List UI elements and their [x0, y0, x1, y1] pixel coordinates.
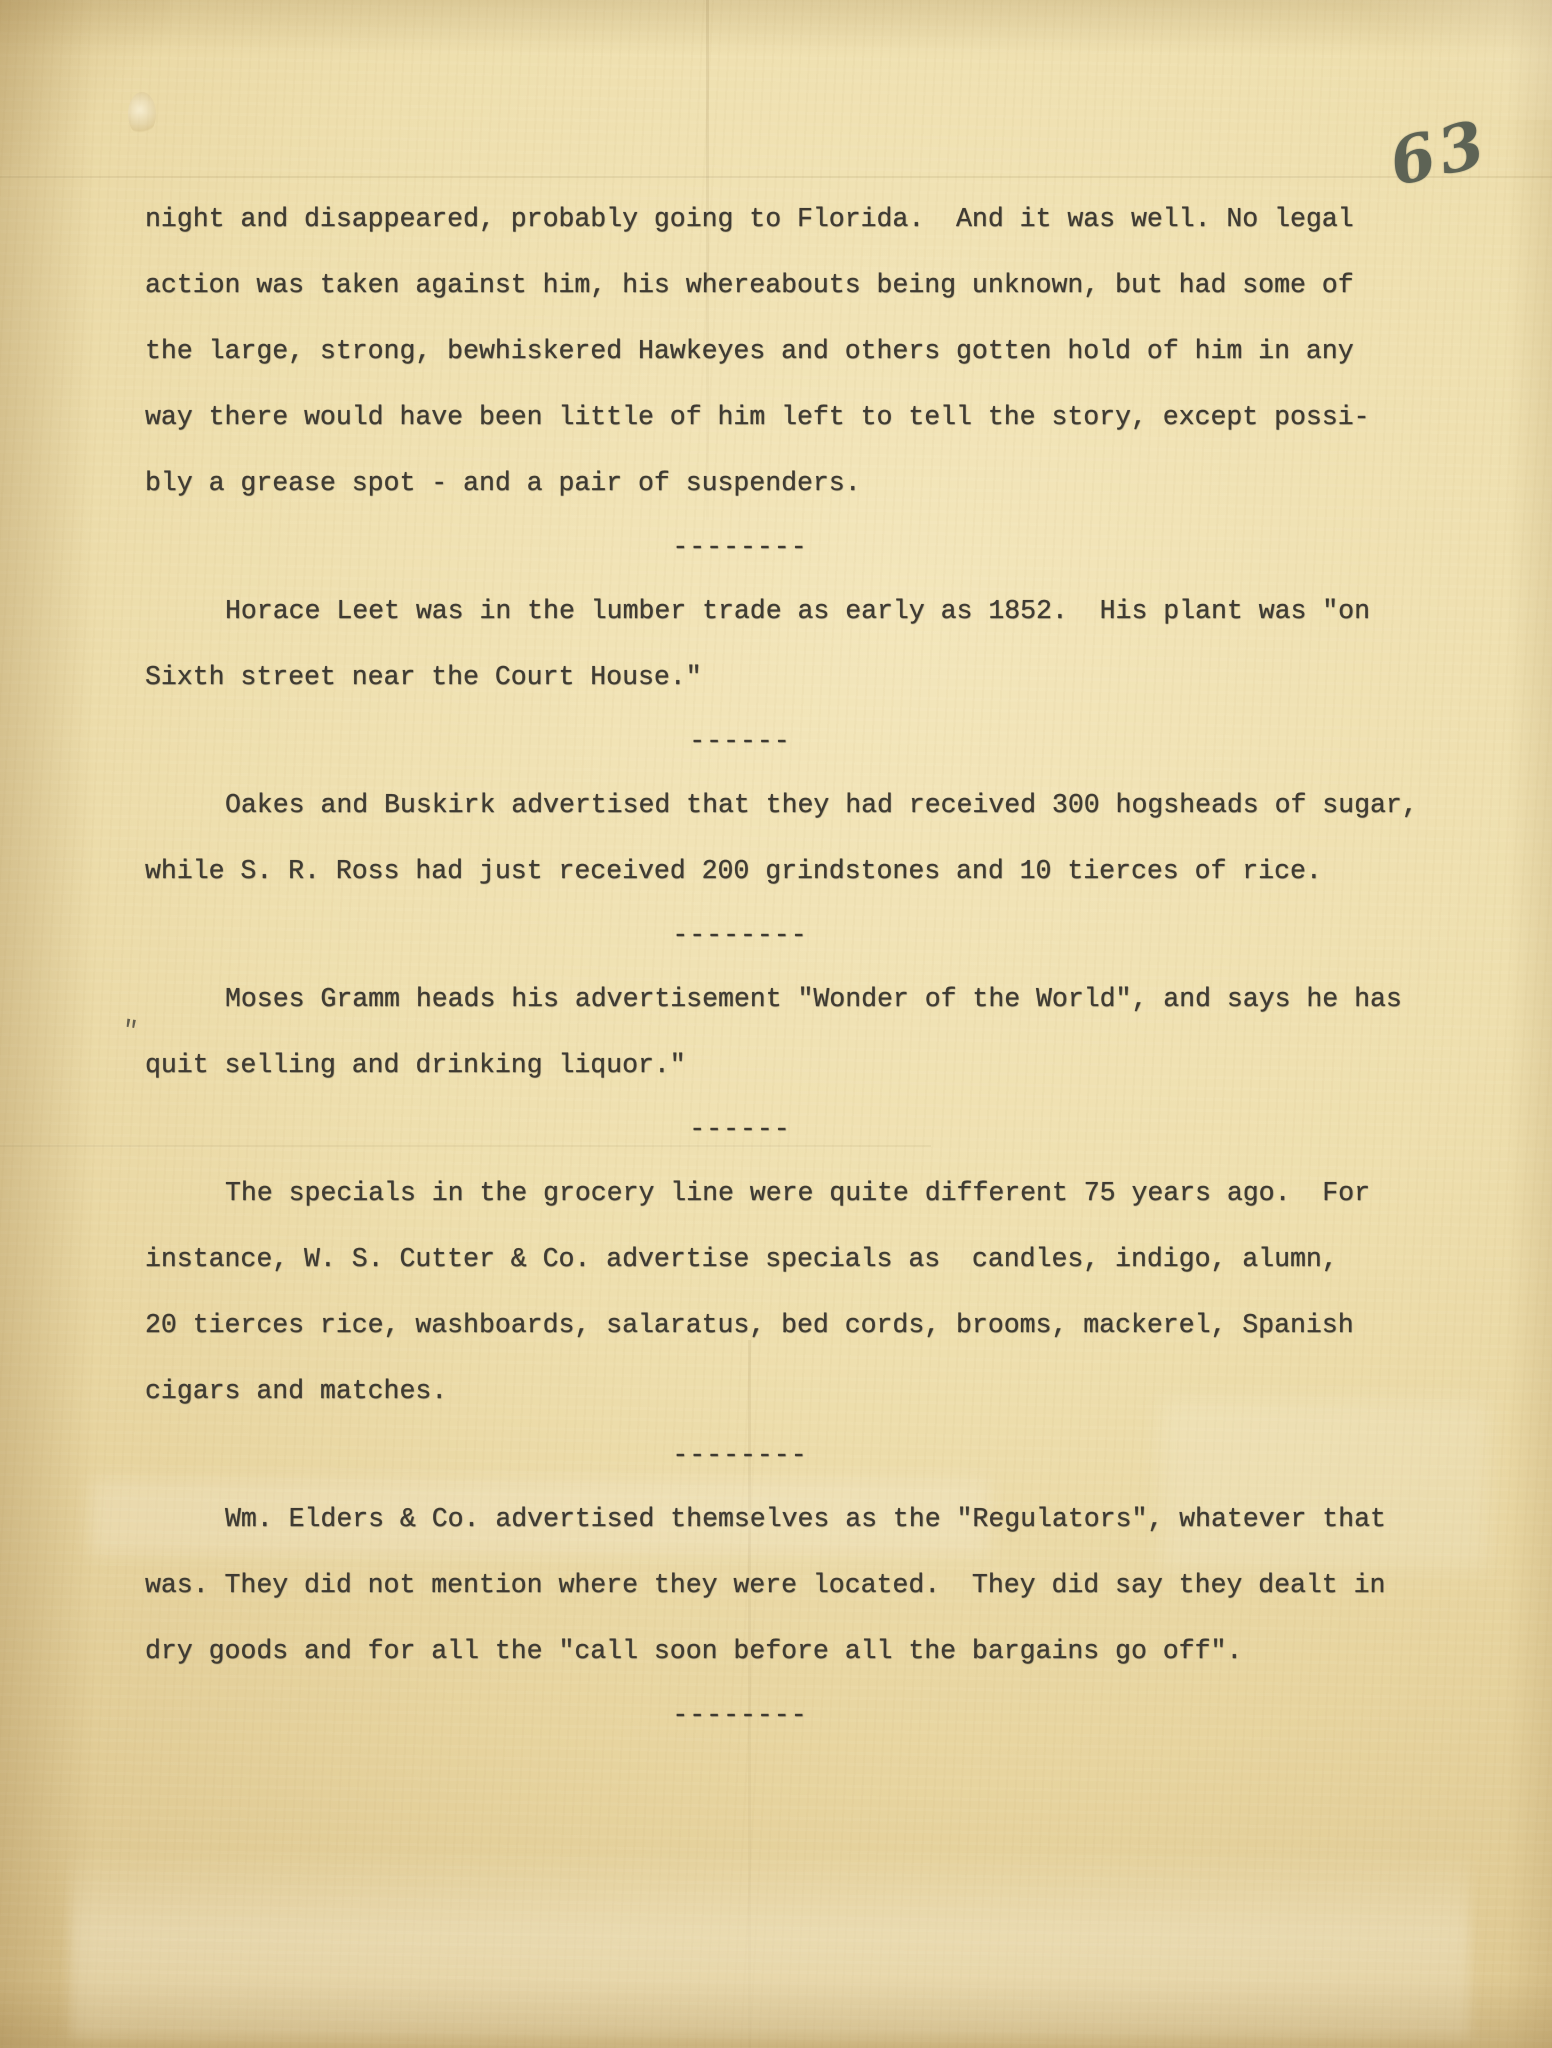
text-line: Sixth street near the Court House." — [145, 644, 1335, 710]
section-divider: -------- — [145, 1684, 1335, 1746]
text-line: Oakes and Buskirk advertised that they h… — [145, 772, 1335, 838]
text-line: bly a grease spot - and a pair of suspen… — [145, 450, 1335, 516]
text-line: night and disappeared, probably going to… — [145, 186, 1335, 252]
text-line: was. They did not mention where they wer… — [145, 1552, 1335, 1618]
text-line: The specials in the grocery line were qu… — [145, 1160, 1335, 1226]
section-divider: ------ — [145, 1098, 1335, 1160]
text-line: Moses Gramm heads his advertisement "Won… — [145, 966, 1335, 1032]
paper-dent-blemish — [128, 92, 156, 136]
text-line: while S. R. Ross had just received 200 g… — [145, 838, 1335, 904]
paper-shade-top — [0, 0, 1552, 55]
page-number-handwritten: 63 — [1383, 106, 1496, 201]
typewritten-text-block: night and disappeared, probably going to… — [145, 186, 1335, 1746]
text-line: cigars and matches. — [145, 1358, 1335, 1424]
text-line: 20 tierces rice, washboards, salaratus, … — [145, 1292, 1335, 1358]
paper-fold-top-right — [1312, 0, 1552, 120]
section-divider: -------- — [145, 516, 1335, 578]
text-line: instance, W. S. Cutter & Co. advertise s… — [145, 1226, 1335, 1292]
text-line: the large, strong, bewhiskered Hawkeyes … — [145, 318, 1335, 384]
section-divider: ------ — [145, 710, 1335, 772]
paper-shade-bottom — [0, 1978, 1552, 2048]
section-divider: -------- — [145, 904, 1335, 966]
paper-light-band-bottom — [70, 1848, 1470, 2038]
paper-shade-left — [0, 0, 95, 2048]
text-line: action was taken against him, his wherea… — [145, 252, 1335, 318]
section-divider: -------- — [145, 1424, 1335, 1486]
document-page: 63 " night and disappeared, probably goi… — [0, 0, 1552, 2048]
text-line: dry goods and for all the "call soon bef… — [145, 1618, 1335, 1684]
paper-shade-right — [1507, 0, 1552, 2048]
margin-quote-mark: " — [120, 1015, 140, 1047]
text-line: quit selling and drinking liquor." — [145, 1032, 1335, 1098]
text-line: Horace Leet was in the lumber trade as e… — [145, 578, 1335, 644]
text-line: way there would have been little of him … — [145, 384, 1335, 450]
paper-crease-horizontal-top — [0, 176, 1552, 178]
text-line: Wm. Elders & Co. advertised themselves a… — [145, 1486, 1335, 1552]
paper-fold-top-left — [0, 0, 170, 170]
